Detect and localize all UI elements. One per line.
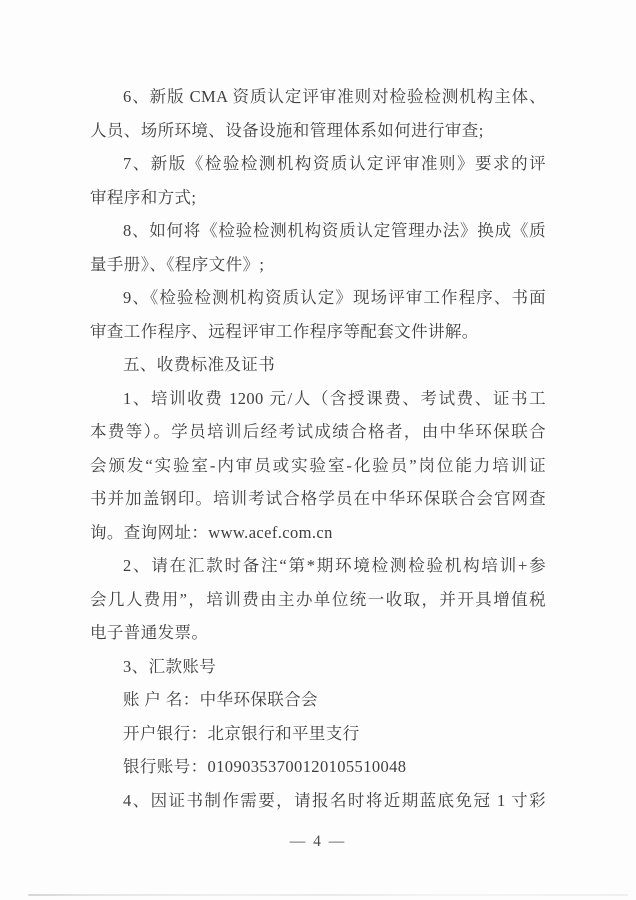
text-line: 3、汇款账号 [90,650,546,684]
text-line: 6、新版 CMA 资质认定评审准则对检验检测机构主体、 [90,80,546,114]
text-line: 五、收费标准及证书 [90,348,546,382]
text-line: 量手册》、《程序文件》; [90,248,546,282]
text-line: 8、如何将《检验检测机构资质认定管理办法》换成《质 [90,214,546,248]
text-line: 2、请在汇款时备注“第*期环境检测检验机构培训+参 [90,549,546,583]
text-line: 开户银行：北京银行和平里支行 [90,717,546,751]
document-body: 6、新版 CMA 资质认定评审准则对检验检测机构主体、人员、场所环境、设备设施和… [90,80,546,817]
text-line: 4、因证书制作需要，请报名时将近期蓝底免冠 1 寸彩 [90,784,546,818]
text-line: 电子普通发票。 [90,616,546,650]
text-line: 会颁发“实验室-内审员或实验室-化验员”岗位能力培训证 [90,449,546,483]
page-number: — 4 — [290,833,347,850]
text-line: 9、《检验检测机构资质认定》现场评审工作程序、书面 [90,281,546,315]
text-line: 本费等）。学员培训后经考试成绩合格者，由中华环保联合 [90,415,546,449]
text-line: 1、培训收费 1200 元/人（含授课费、考试费、证书工 [90,382,546,416]
page-edge-shadow [28,894,628,896]
text-line: 审查工作程序、远程评审工作程序等配套文件讲解。 [90,315,546,349]
text-line: 银行账号：01090353700120105510048 [90,750,546,784]
document-page: 6、新版 CMA 资质认定评审准则对检验检测机构主体、人员、场所环境、设备设施和… [0,0,636,900]
text-line: 询。查询网址：www.acef.com.cn [90,516,546,550]
text-line: 账 户 名：中华环保联合会 [90,683,546,717]
text-line: 审程序和方式; [90,181,546,215]
page-footer: — 4 — [0,833,636,851]
text-line: 书并加盖钢印。培训考试合格学员在中华环保联合会官网查 [90,482,546,516]
text-line: 会几人费用”，培训费由主办单位统一收取，并开具增值税 [90,583,546,617]
text-line: 人员、场所环境、设备设施和管理体系如何进行审查; [90,114,546,148]
text-line: 7、新版《检验检测机构资质认定评审准则》要求的评 [90,147,546,181]
